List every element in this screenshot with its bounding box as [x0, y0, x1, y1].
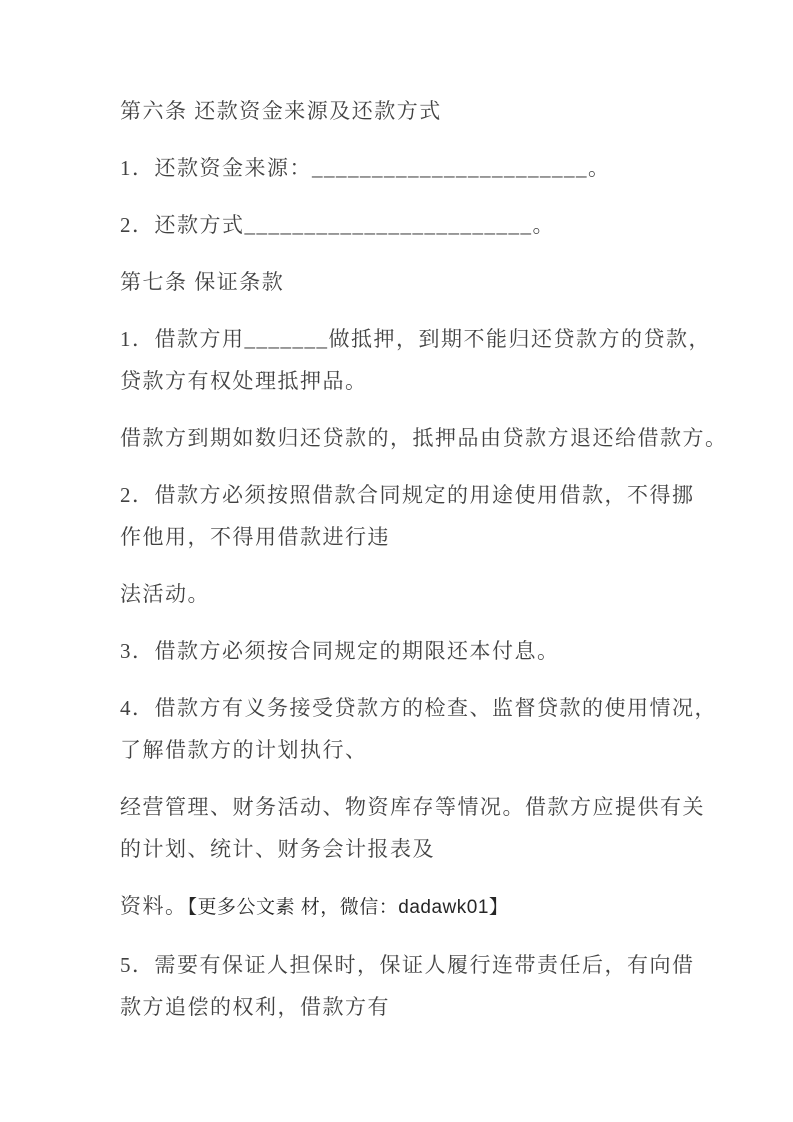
article-6-clause-1-repayment-source: 1．还款资金来源：_______________________。	[120, 147, 705, 189]
document-page: 第六条 还款资金来源及还款方式 1．还款资金来源：_______________…	[0, 0, 793, 1122]
clause-line: 了解借款方的计划执行、	[120, 729, 705, 771]
clause-line: 的计划、统计、财务会计报表及	[120, 828, 705, 870]
clause-line: 借款方到期如数归还贷款的，抵押品由贷款方退还给借款方。	[120, 417, 705, 459]
article-7-clause-2-continuation: 法活动。	[120, 573, 705, 615]
article-7-clause-4-materials-watermark: 资料。【更多公文素 材，微信：dadawk01】	[120, 885, 705, 929]
article-7-collateral-return: 借款方到期如数归还贷款的，抵押品由贷款方退还给借款方。	[120, 417, 705, 459]
article-7-clause-3-repayment-deadline: 3．借款方必须按合同规定的期限还本付息。	[120, 630, 705, 672]
article-6-clause-2-repayment-method: 2．还款方式________________________。	[120, 204, 705, 246]
watermark-wechat-text: 【更多公文素 材，微信：dadawk01】	[188, 897, 509, 918]
materials-text: 资料。	[120, 894, 188, 918]
article-7-heading: 第七条 保证条款	[120, 261, 705, 303]
clause-line: 3．借款方必须按合同规定的期限还本付息。	[120, 630, 705, 672]
clause-line: 4．借款方有义务接受贷款方的检查、监督贷款的使用情况，	[120, 687, 705, 729]
clause-line: 法活动。	[120, 573, 705, 615]
clause-line: 1．还款资金来源：_______________________。	[120, 147, 705, 189]
clause-line: 1．借款方用_______做抵押，到期不能归还贷款方的贷款，	[120, 318, 705, 360]
clause-line: 款方追偿的权利，借款方有	[120, 986, 705, 1028]
clause-line: 贷款方有权处理抵押品。	[120, 360, 705, 402]
clause-line: 经营管理、财务活动、物资库存等情况。借款方应提供有关	[120, 786, 705, 828]
article-7-clause-5-guarantor: 5．需要有保证人担保时，保证人履行连带责任后，有向借 款方追偿的权利，借款方有	[120, 944, 705, 1028]
clause-line: 2．还款方式________________________。	[120, 204, 705, 246]
article-7-heading-text: 第七条 保证条款	[120, 261, 705, 303]
article-7-clause-4-inspection: 4．借款方有义务接受贷款方的检查、监督贷款的使用情况， 了解借款方的计划执行、	[120, 687, 705, 771]
article-7-clause-4-reports: 经营管理、财务活动、物资库存等情况。借款方应提供有关 的计划、统计、财务会计报表…	[120, 786, 705, 870]
article-6-heading-text: 第六条 还款资金来源及还款方式	[120, 90, 705, 132]
article-6-heading: 第六条 还款资金来源及还款方式	[120, 90, 705, 132]
article-7-clause-1-collateral: 1．借款方用_______做抵押，到期不能归还贷款方的贷款， 贷款方有权处理抵押…	[120, 318, 705, 402]
article-7-clause-2-usage: 2．借款方必须按照借款合同规定的用途使用借款，不得挪 作他用，不得用借款进行违	[120, 474, 705, 558]
materials-line: 资料。【更多公文素 材，微信：dadawk01】	[120, 885, 705, 929]
clause-line: 2．借款方必须按照借款合同规定的用途使用借款，不得挪	[120, 474, 705, 516]
clause-line: 5．需要有保证人担保时，保证人履行连带责任后，有向借	[120, 944, 705, 986]
clause-line: 作他用，不得用借款进行违	[120, 516, 705, 558]
